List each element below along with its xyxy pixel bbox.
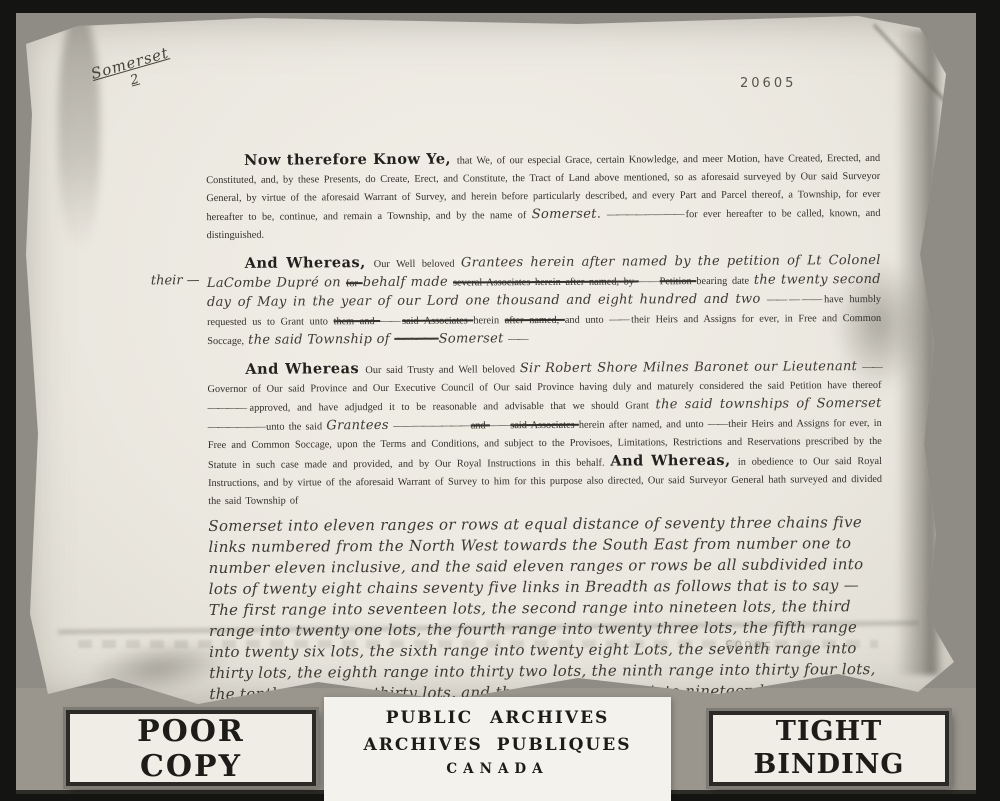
label-archives-line1: PUBLIC ARCHIVES — [324, 708, 671, 728]
text-segment-print: approved, and have adjudged it to be rea… — [249, 400, 655, 413]
text-segment-print: herein after named, and unto — [579, 419, 708, 431]
text-segment-hand-strike: ⁓⁓⁓ — [394, 332, 438, 347]
paper-crease — [873, 24, 960, 117]
bleedthrough-number: 50605 — [723, 637, 772, 653]
text-segment-hand: Grantees — [326, 418, 393, 433]
text-segment-strike: several Associates herein after named, b… — [453, 276, 639, 288]
text-segment-strike: Petition — [660, 276, 697, 287]
text-segment-hand: Somerset — [439, 331, 508, 346]
text-segment-rule: ———————— — [607, 208, 686, 220]
text-segment-rule: —— — [490, 419, 510, 431]
text-segment-hand: behalf made — [363, 275, 453, 291]
text-segment-hand: the said townships of Somerset — [655, 396, 881, 412]
paragraph-know-ye: Now therefore Know Ye, that We, of our e… — [206, 148, 881, 245]
text-segment-rule: —————— — [208, 421, 266, 433]
text-segment-rule: —— — —— — [767, 293, 824, 305]
paragraph-whereas-governor: And Whereas Our said Trusty and Well bel… — [207, 357, 882, 511]
text-segment-strike: said Associates — [510, 420, 579, 431]
text-segment-rule: ———————— — [393, 419, 470, 431]
text-segment-print: Our Well beloved — [374, 259, 461, 271]
label-tight-binding: TIGHT BINDING — [709, 711, 949, 786]
photo-frame-edge-left — [0, 0, 16, 801]
paragraph-whereas-petition: And Whereas, Our Well beloved Grantees h… — [207, 251, 882, 351]
label-tight-binding-line2: BINDING — [713, 748, 945, 781]
photo-frame-edge-top — [0, 0, 1000, 13]
text-segment-heading: Now therefore Know Ye, — [244, 151, 457, 169]
label-public-archives: PUBLIC ARCHIVES ARCHIVES PUBLIQUES CANAD… — [324, 697, 671, 801]
margin-annotation: Somerset 2 — [89, 44, 175, 99]
text-segment-print: herein — [473, 315, 504, 326]
text-segment-rule: —— — [508, 333, 527, 345]
text-segment-print: bearing date — [696, 276, 754, 287]
archive-number: 20605 — [740, 76, 796, 91]
label-poor-copy: POOR COPY — [66, 710, 316, 786]
photo-frame-edge-right — [976, 0, 1000, 801]
text-segment-hand: Somerset. — [532, 207, 607, 222]
text-segment-rule: —— — [639, 275, 660, 287]
text-segment-hand: Sir Robert Shore Milnes Baronet our Lieu… — [520, 359, 863, 376]
text-segment-hand: the said Township of — [248, 332, 394, 348]
label-archives-line2: ARCHIVES PUBLIQUES — [324, 735, 671, 755]
text-segment-strike: and — [471, 420, 490, 431]
text-segment-strike: said Associates — [402, 315, 473, 326]
label-archives-line3: CANADA — [324, 761, 671, 777]
text-segment-heading: And Whereas, — [610, 452, 738, 470]
text-segment-heading: And Whereas — [245, 360, 365, 378]
archival-photograph: Somerset 2 20605 Now therefore Know Ye, … — [0, 0, 1000, 801]
paragraph-wrap: their — And Whereas, Our Well beloved Gr… — [207, 251, 882, 351]
text-segment-rule: ———— — [208, 402, 250, 414]
text-segment-rule: —— — [862, 361, 881, 373]
label-tight-binding-line1: TIGHT — [713, 715, 945, 748]
text-segment-print: Governor of Our said Province and Our Ex… — [207, 380, 881, 395]
text-segment-strike: for — [346, 278, 363, 289]
text-segment-strike: them and — [334, 316, 381, 327]
document-paper: Somerset 2 20605 Now therefore Know Ye, … — [18, 14, 970, 706]
label-poor-copy-line2: COPY — [70, 749, 312, 784]
margin-word: their — — [151, 273, 200, 288]
text-segment-strike: after named, — [505, 315, 565, 326]
text-segment-rule: —— — [380, 315, 402, 327]
paper-torn-edge-stain — [896, 30, 944, 675]
text-segment-heading: And Whereas, — [245, 254, 374, 272]
text-segment-print: and unto — [565, 315, 609, 326]
text-segment-rule: —— — [708, 418, 728, 430]
paper-stain — [58, 14, 100, 249]
text-segment-print: Our said Trusty and Well beloved — [365, 364, 519, 376]
label-poor-copy-line1: POOR — [70, 714, 312, 749]
text-segment-print: unto the said — [266, 421, 326, 432]
text-segment-rule: —— — [609, 313, 631, 325]
